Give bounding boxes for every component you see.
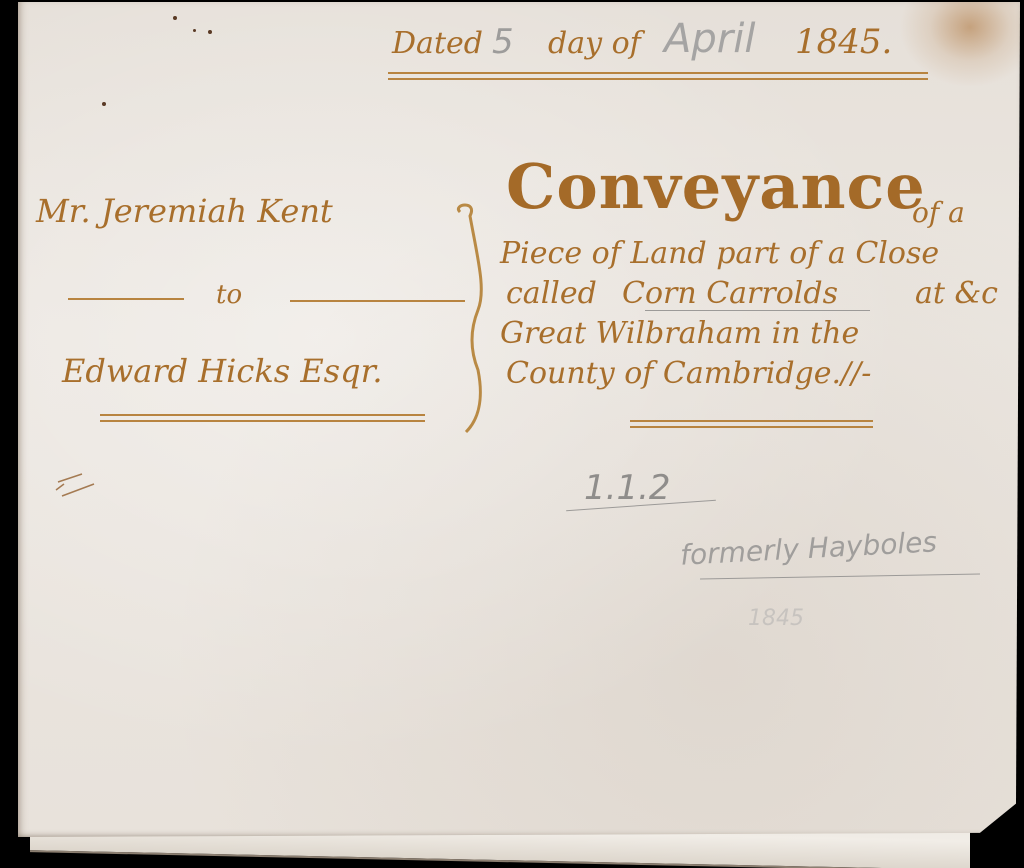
close-name: Corn Carrolds: [622, 276, 838, 311]
grantee-name: Edward Hicks Esqr.: [62, 352, 383, 390]
description-underline: [630, 420, 873, 428]
party-connector: to: [216, 280, 242, 310]
description-line1-suffix: of a: [912, 196, 965, 229]
brace-icon: [448, 200, 488, 440]
date-year: 1845.: [795, 22, 892, 62]
close-name-pencil-underline: [645, 310, 870, 311]
ink-speck: [173, 16, 177, 20]
description-line5: County of Cambridge.//-: [506, 356, 871, 391]
description-line2: Piece of Land part of a Close: [500, 236, 939, 271]
date-underline: [388, 72, 928, 80]
description-line4: Great Wilbraham in the: [500, 316, 859, 351]
ink-speck: [193, 29, 196, 32]
document-title: Conveyance: [506, 150, 926, 223]
ink-speck: [208, 30, 212, 34]
margin-ink-mark-icon: [52, 470, 102, 500]
date-day: 5: [492, 22, 514, 62]
ink-speck: [102, 102, 106, 106]
parties-underline: [100, 414, 425, 422]
description-line3-suffix: at &c: [915, 276, 998, 311]
pencil-reference-number: 1.1.2: [584, 468, 671, 508]
description-line3-prefix: called: [506, 276, 597, 311]
pencil-faint-mark: 1845: [748, 606, 804, 631]
right-dash-rule: [290, 300, 465, 302]
date-prefix: Dated: [392, 26, 483, 61]
left-dash-rule: [68, 298, 184, 300]
grantor-name: Mr. Jeremiah Kent: [36, 192, 333, 230]
date-day-word: day of: [548, 26, 641, 61]
date-month: April: [664, 16, 755, 62]
